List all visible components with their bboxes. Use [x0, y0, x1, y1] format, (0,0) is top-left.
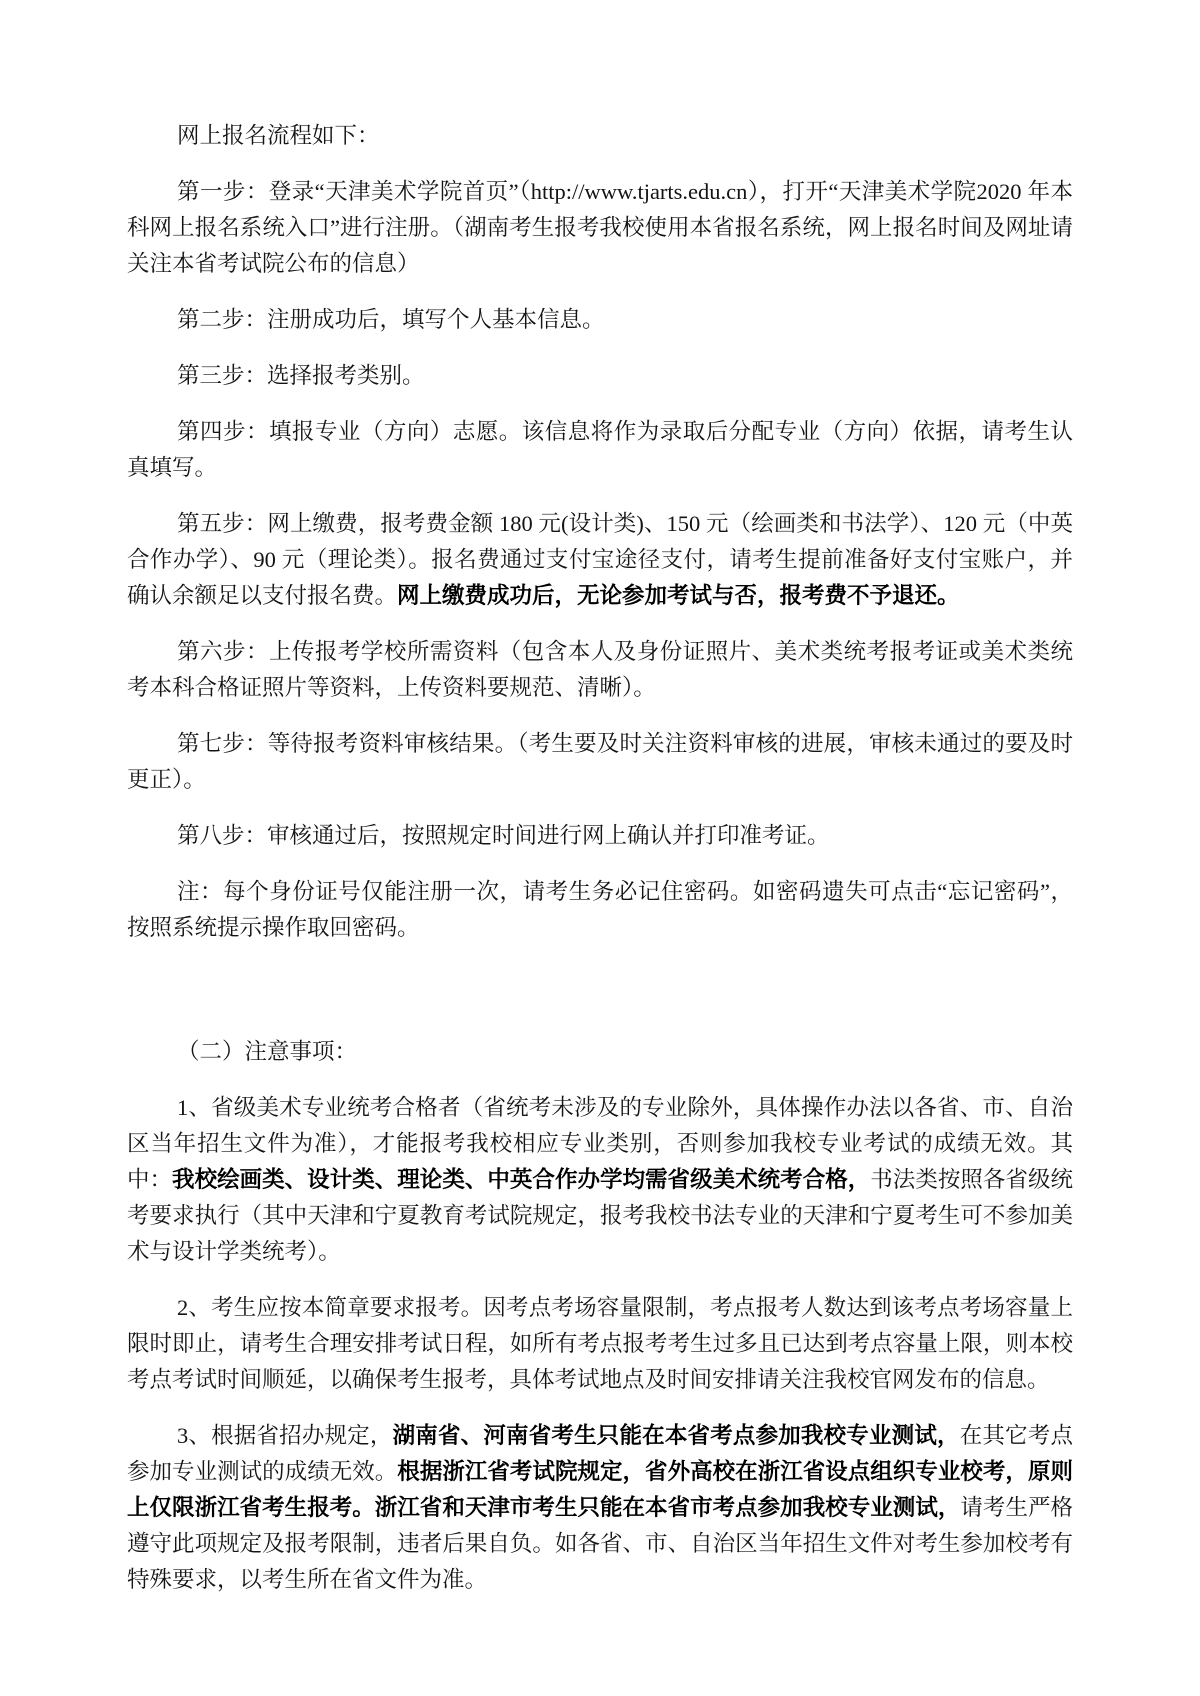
registration-note-text: 注：每个身份证号仅能注册一次，请考生务必记住密码。如密码遗失可点击“忘记密码”，… — [127, 879, 1073, 940]
step-4-text: 第四步：填报专业（方向）志愿。该信息将作为录取后分配专业（方向）依据，请考生认真… — [127, 419, 1073, 480]
notice-2-text: 2、考生应按本简章要求报考。因考点考场容量限制，考点报考人数达到该考点考场容量上… — [127, 1295, 1073, 1392]
step-1-text: 第一步：登录“天津美术学院首页”（http://www.tjarts.edu.c… — [127, 179, 1073, 276]
intro-flow-text: 网上报名流程如下： — [177, 123, 380, 148]
paragraph-notice-3: 3、根据省招办规定，湖南省、河南省考生只能在本省考点参加我校专业测试，在其它考点… — [127, 1418, 1073, 1598]
paragraph-step-7: 第七步：等待报考资料审核结果。（考生要及时关注资料审核的进展，审核未通过的要及时… — [127, 726, 1073, 798]
step-2-text: 第二步：注册成功后，填写个人基本信息。 — [177, 307, 605, 332]
step-5-bold-no-refund-warning: 网上缴费成功后，无论参加考试与否，报考费不予退还。 — [397, 583, 960, 608]
document-page: 网上报名流程如下： 第一步：登录“天津美术学院首页”（http://www.tj… — [0, 0, 1200, 1696]
paragraph-step-2: 第二步：注册成功后，填写个人基本信息。 — [127, 302, 1073, 338]
notice-3-bold-hunan-henan-rule: 湖南省、河南省考生只能在本省考点参加我校专业测试， — [393, 1423, 960, 1448]
step-3-text: 第三步：选择报考类别。 — [177, 363, 425, 388]
step-7-text: 第七步：等待报考资料审核结果。（考生要及时关注资料审核的进展，审核未通过的要及时… — [127, 731, 1073, 792]
paragraph-step-3: 第三步：选择报考类别。 — [127, 358, 1073, 394]
paragraph-registration-note: 注：每个身份证号仅能注册一次，请考生务必记住密码。如密码遗失可点击“忘记密码”，… — [127, 874, 1073, 946]
paragraph-step-5: 第五步：网上缴费，报考费金额 180 元(设计类)、150 元（绘画类和书法学）… — [127, 506, 1073, 614]
notes-section-heading-text: （二）注意事项： — [177, 1039, 357, 1064]
paragraph-step-4: 第四步：填报专业（方向）志愿。该信息将作为录取后分配专业（方向）依据，请考生认真… — [127, 414, 1073, 486]
notice-3-text-a: 3、根据省招办规定， — [177, 1423, 393, 1448]
paragraph-step-8: 第八步：审核通过后，按照规定时间进行网上确认并打印准考证。 — [127, 818, 1073, 854]
paragraph-notice-1: 1、省级美术专业统考合格者（省统考未涉及的专业除外，具体操作办法以各省、市、自治… — [127, 1090, 1073, 1270]
notice-1-bold-unified-exam-requirement: 我校绘画类、设计类、理论类、中英合作办学均需省级美术统考合格， — [172, 1167, 870, 1192]
notes-section-heading: （二）注意事项： — [127, 1034, 1073, 1070]
paragraph-step-1: 第一步：登录“天津美术学院首页”（http://www.tjarts.edu.c… — [127, 174, 1073, 282]
paragraph-intro-flow: 网上报名流程如下： — [127, 118, 1073, 154]
paragraph-step-6: 第六步：上传报考学校所需资料（包含本人及身份证照片、美术类统考报考证或美术类统考… — [127, 634, 1073, 706]
step-8-text: 第八步：审核通过后，按照规定时间进行网上确认并打印准考证。 — [177, 823, 830, 848]
paragraph-notice-2: 2、考生应按本简章要求报考。因考点考场容量限制，考点报考人数达到该考点考场容量上… — [127, 1290, 1073, 1398]
step-6-text: 第六步：上传报考学校所需资料（包含本人及身份证照片、美术类统考报考证或美术类统考… — [127, 639, 1073, 700]
